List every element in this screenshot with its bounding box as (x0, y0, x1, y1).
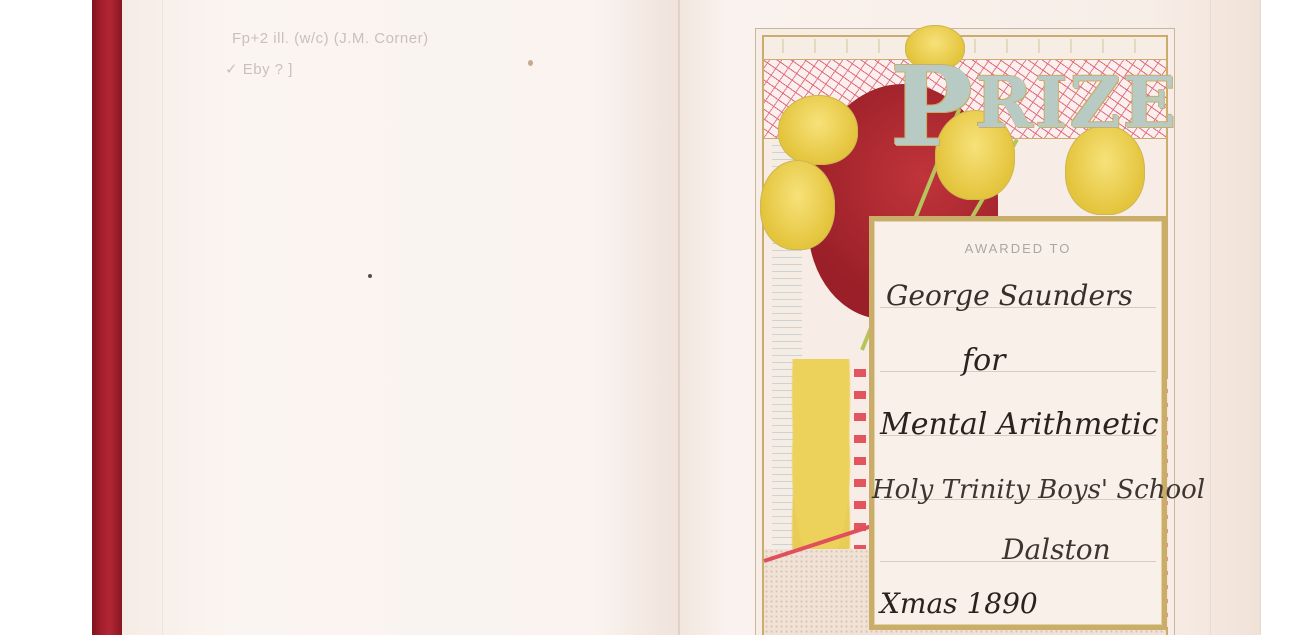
award-date: Xmas 1890 (880, 587, 1038, 620)
awarded-to-label: AWARDED TO (874, 241, 1162, 256)
award-inscription-card: AWARDED TO George Saunders for Mental Ar… (869, 216, 1167, 630)
page-edge-line (162, 0, 163, 635)
daffodil-flower (778, 95, 858, 165)
ruled-line (880, 371, 1156, 372)
award-subject: Mental Arithmetic (880, 407, 1159, 442)
pencil-note-line-1: Fp+2 ill. (w/c) (J.M. Corner) (232, 30, 429, 47)
school-location: Dalston (1002, 533, 1111, 566)
book-spine-cloth (92, 0, 122, 635)
paper-spot (528, 60, 533, 66)
connector-word: for (962, 343, 1006, 378)
recipient-name: George Saunders (886, 279, 1133, 312)
daffodil-flower (760, 160, 835, 250)
pencil-note-line-2: ✓ Eby ? ] (225, 60, 293, 78)
school-name: Holy Trinity Boys' School (872, 475, 1205, 505)
red-cross-motifs (854, 369, 866, 549)
prize-initial-letter: P (890, 42, 975, 171)
page-fold-line (1210, 0, 1211, 635)
prize-heading: PRIZE (890, 42, 1178, 171)
paper-spot (368, 274, 372, 278)
prize-heading-rest: RIZE (975, 61, 1178, 144)
left-flyleaf-page (122, 0, 678, 635)
page-edge (1260, 0, 1261, 635)
